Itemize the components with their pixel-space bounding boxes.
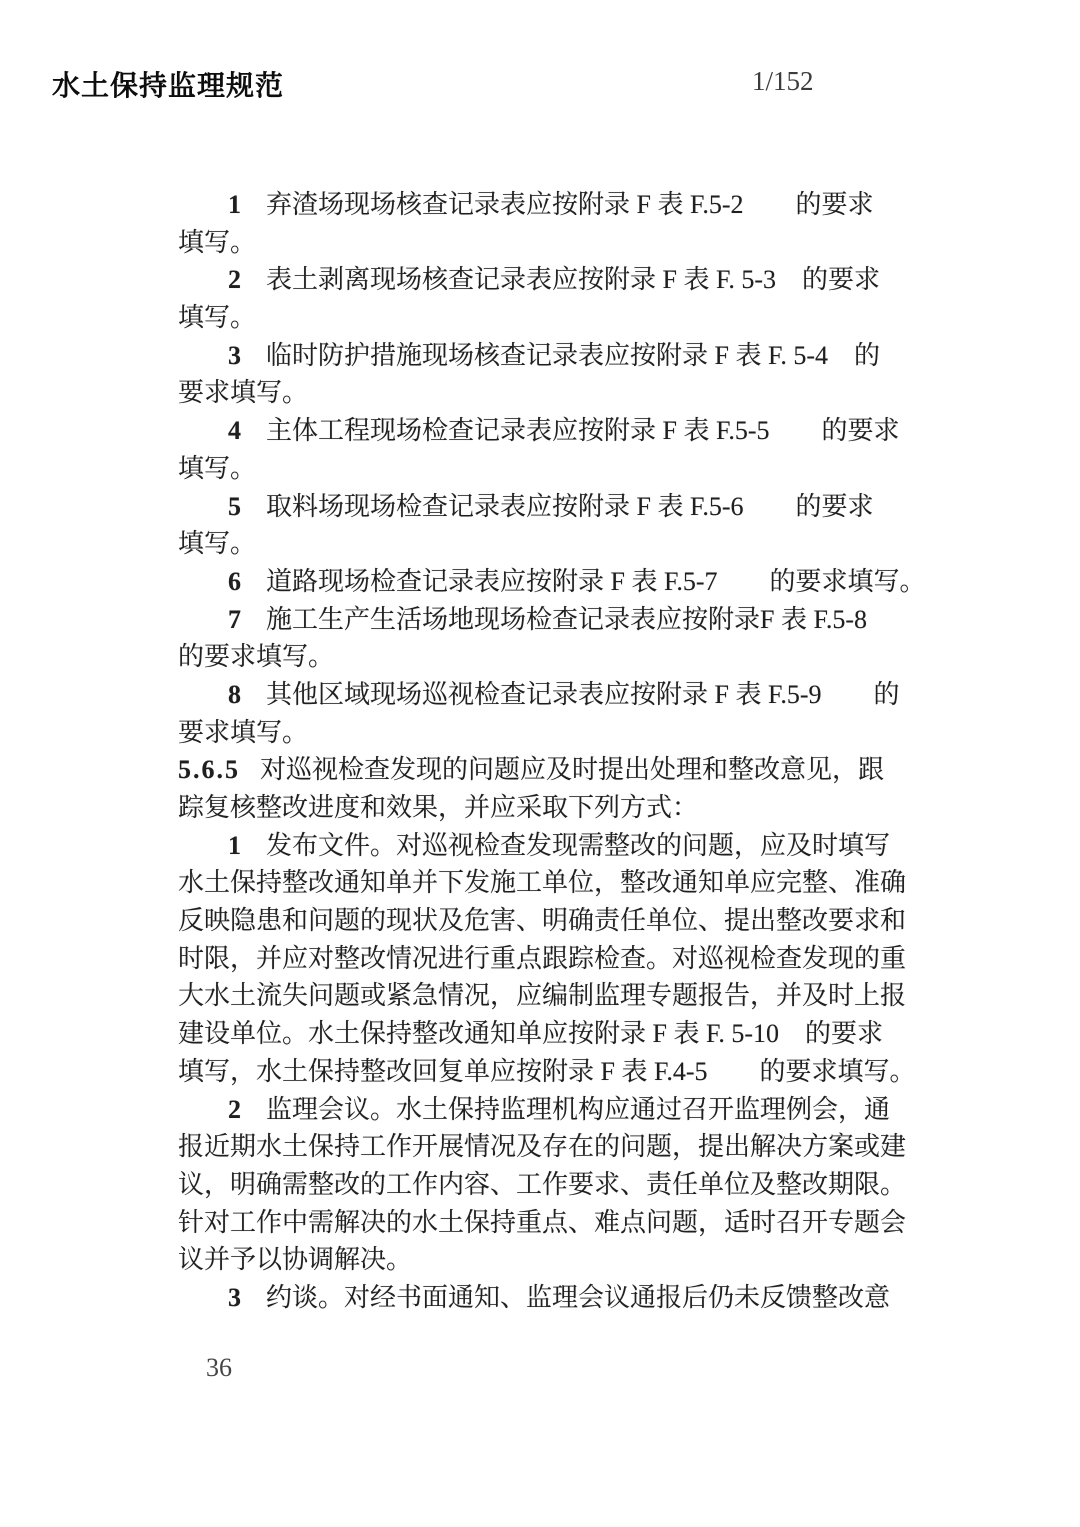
- paragraph: 5取料场现场检查记录表应按附录 F 表 F.5-6 的要求 填写。: [178, 488, 918, 563]
- paragraph-text: 表土剥离现场核查记录表应按附录 F 表 F. 5-3 的要求: [266, 265, 880, 294]
- paragraph: 8其他区域现场巡视检查记录表应按附录 F 表 F.5-9 的 要求填写。: [178, 676, 918, 751]
- item-number: 7: [228, 605, 241, 634]
- paragraph-text: 对巡视检查发现的问题应及时提出处理和整改意见，跟: [260, 755, 884, 784]
- paragraph: 6道路现场检查记录表应按附录 F 表 F.5-7 的要求填写。: [178, 563, 918, 601]
- paragraph: 3临时防护措施现场核查记录表应按附录 F 表 F. 5-4 的 要求填写。: [178, 337, 918, 412]
- paragraph: 1发布文件。对巡视检查发现需整改的问题，应及时填写 水土保持整改通知单并下发施工…: [178, 827, 918, 1091]
- document-title: 水土保持监理规范: [52, 64, 284, 104]
- paragraph-line: 填写。: [178, 299, 918, 337]
- paragraph-first-line: 7施工生产生活场地现场检查记录表应按附录F 表 F.5-8: [178, 601, 918, 639]
- paragraph-first-line: 1发布文件。对巡视检查发现需整改的问题，应及时填写: [178, 827, 918, 865]
- paragraph-line: 报近期水土保持工作开展情况及存在的问题，提出解决方案或建: [178, 1128, 918, 1166]
- page-number: 36: [206, 1353, 232, 1383]
- paragraph-line: 要求填写。: [178, 714, 918, 752]
- paragraph-first-line: 6道路现场检查记录表应按附录 F 表 F.5-7 的要求填写。: [178, 563, 918, 601]
- page-indicator: 1/152: [752, 66, 814, 97]
- paragraph-text: 发布文件。对巡视检查发现需整改的问题，应及时填写: [266, 831, 890, 860]
- paragraph-first-line: 4主体工程现场检查记录表应按附录 F 表 F.5-5 的要求: [178, 412, 918, 450]
- paragraph-text: 主体工程现场检查记录表应按附录 F 表 F.5-5 的要求: [266, 416, 900, 445]
- paragraph: 7施工生产生活场地现场检查记录表应按附录F 表 F.5-8 的要求填写。: [178, 601, 918, 676]
- item-number: 3: [228, 341, 241, 370]
- paragraph-line: 时限，并应对整改情况进行重点跟踪检查。对巡视检查发现的重: [178, 940, 918, 978]
- paragraph-line: 填写。: [178, 525, 918, 563]
- paragraph-line: 反映隐患和问题的现状及危害、明确责任单位、提出整改要求和: [178, 902, 918, 940]
- paragraph-first-line: 5.6.5对巡视检查发现的问题应及时提出处理和整改意见，跟: [178, 751, 918, 789]
- item-number: 1: [228, 831, 241, 860]
- paragraph-line: 议，明确需整改的工作内容、工作要求、责任单位及整改期限。: [178, 1166, 918, 1204]
- paragraph: 4主体工程现场检查记录表应按附录 F 表 F.5-5 的要求 填写。: [178, 412, 918, 487]
- paragraph-line: 建设单位。水土保持整改通知单应按附录 F 表 F. 5-10 的要求: [178, 1015, 918, 1053]
- paragraph-first-line: 1弃渣场现场核查记录表应按附录 F 表 F.5-2 的要求: [178, 186, 918, 224]
- paragraph-line: 议并予以协调解决。: [178, 1241, 918, 1279]
- paragraph-line: 填写，水土保持整改回复单应按附录 F 表 F.4-5 的要求填写。: [178, 1053, 918, 1091]
- paragraph-line: 的要求填写。: [178, 638, 918, 676]
- paragraph-first-line: 5取料场现场检查记录表应按附录 F 表 F.5-6 的要求: [178, 488, 918, 526]
- paragraph-first-line: 3临时防护措施现场核查记录表应按附录 F 表 F. 5-4 的: [178, 337, 918, 375]
- paragraph: 1弃渣场现场核查记录表应按附录 F 表 F.5-2 的要求 填写。: [178, 186, 918, 261]
- item-number: 4: [228, 416, 241, 445]
- item-number: 3: [228, 1283, 241, 1312]
- paragraph-first-line: 8其他区域现场巡视检查记录表应按附录 F 表 F.5-9 的: [178, 676, 918, 714]
- paragraph-text: 道路现场检查记录表应按附录 F 表 F.5-7 的要求填写。: [266, 567, 926, 596]
- paragraph: 2监理会议。水土保持监理机构应通过召开监理例会，通 报近期水土保持工作开展情况及…: [178, 1091, 918, 1279]
- paragraph-line: 要求填写。: [178, 374, 918, 412]
- item-number: 2: [228, 265, 241, 294]
- item-number: 5.6.5: [178, 755, 240, 784]
- document-page: 水土保持监理规范 1/152 1弃渣场现场核查记录表应按附录 F 表 F.5-2…: [0, 0, 1080, 1527]
- paragraph-text: 弃渣场现场核查记录表应按附录 F 表 F.5-2 的要求: [266, 190, 874, 219]
- paragraph-line: 大水土流失问题或紧急情况，应编制监理专题报告，并及时上报: [178, 977, 918, 1015]
- item-number: 1: [228, 190, 241, 219]
- item-number: 6: [228, 567, 241, 596]
- paragraph-text: 其他区域现场巡视检查记录表应按附录 F 表 F.5-9 的: [266, 680, 900, 709]
- item-number: 8: [228, 680, 241, 709]
- item-number: 5: [228, 492, 241, 521]
- paragraph: 2表土剥离现场核查记录表应按附录 F 表 F. 5-3 的要求 填写。: [178, 261, 918, 336]
- document-body: 1弃渣场现场核查记录表应按附录 F 表 F.5-2 的要求 填写。 2表土剥离现…: [178, 186, 918, 1317]
- paragraph-line: 填写。: [178, 224, 918, 262]
- paragraph-line: 水土保持整改通知单并下发施工单位，整改通知单应完整、准确: [178, 864, 918, 902]
- paragraph: 3约谈。对经书面通知、监理会议通报后仍未反馈整改意: [178, 1279, 918, 1317]
- paragraph-line: 踪复核整改进度和效果，并应采取下列方式：: [178, 789, 918, 827]
- paragraph-line: 针对工作中需解决的水土保持重点、难点问题，适时召开专题会: [178, 1204, 918, 1242]
- paragraph-text: 监理会议。水土保持监理机构应通过召开监理例会，通: [266, 1095, 890, 1124]
- paragraph-text: 约谈。对经书面通知、监理会议通报后仍未反馈整改意: [266, 1283, 890, 1312]
- paragraph-first-line: 3约谈。对经书面通知、监理会议通报后仍未反馈整改意: [178, 1279, 918, 1317]
- item-number: 2: [228, 1095, 241, 1124]
- paragraph-text: 施工生产生活场地现场检查记录表应按附录F 表 F.5-8: [266, 605, 867, 634]
- paragraph-first-line: 2表土剥离现场核查记录表应按附录 F 表 F. 5-3 的要求: [178, 261, 918, 299]
- paragraph-first-line: 2监理会议。水土保持监理机构应通过召开监理例会，通: [178, 1091, 918, 1129]
- paragraph: 5.6.5对巡视检查发现的问题应及时提出处理和整改意见，跟 踪复核整改进度和效果…: [178, 751, 918, 826]
- paragraph-text: 临时防护措施现场核查记录表应按附录 F 表 F. 5-4 的: [266, 341, 880, 370]
- paragraph-text: 取料场现场检查记录表应按附录 F 表 F.5-6 的要求: [266, 492, 874, 521]
- paragraph-line: 填写。: [178, 450, 918, 488]
